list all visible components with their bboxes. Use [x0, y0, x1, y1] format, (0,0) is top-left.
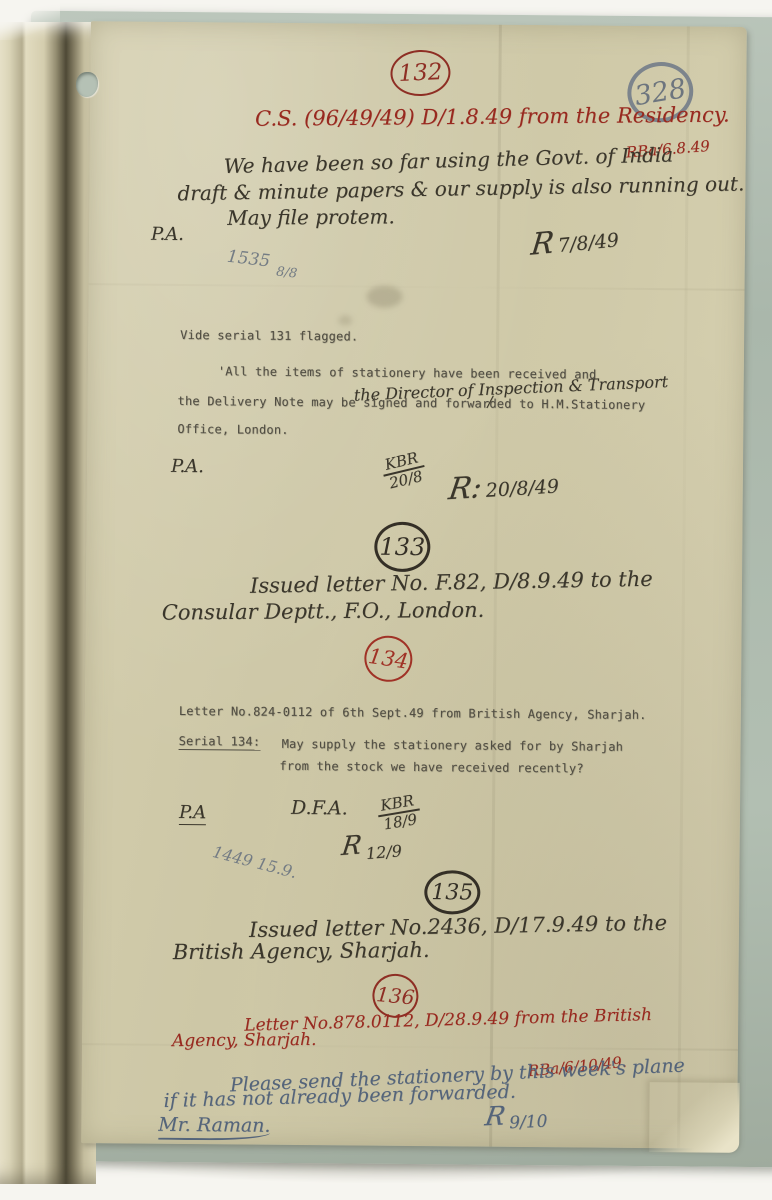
signature-date: 7/8/49 — [557, 229, 620, 257]
entry-134-dfa-label: D.F.A. — [291, 797, 348, 819]
serial-number-132: 132 — [398, 59, 443, 87]
typed-para-line3: Office, London. — [177, 422, 288, 437]
entry-135-line2: British Agency, Sharjah. — [173, 938, 430, 964]
entry-132-minute-line1: We have been so far using the Govt. of I… — [223, 142, 673, 178]
entry-132-pencil-note: 1535 8/8 — [226, 247, 297, 275]
pencil-number: 1535 — [226, 247, 271, 272]
entry-132-heading: C.S. (96/49/49) D/1.8.49 from the Reside… — [255, 103, 730, 131]
paper-crease — [89, 283, 745, 291]
pencil-date: 8/8 — [275, 264, 297, 281]
typed-para-line2: the Delivery Note may be signed and forw… — [178, 394, 646, 412]
entry-136-signature: R9/10 — [485, 1100, 548, 1133]
serial-number-133: 133 — [379, 533, 425, 561]
entry-134-serial-label: Serial 134: — [179, 734, 261, 751]
signature-initial: R — [483, 1101, 508, 1132]
entry-134-letter-line: Letter No.824-0112 of 6th Sept.49 from B… — [179, 704, 647, 722]
page-corner-curl — [649, 1082, 740, 1153]
typed-minute-addressee: P.A. — [171, 456, 204, 477]
entry-132-signature: R7/8/49 — [530, 219, 621, 262]
serial-number-stamp-132: 132 — [389, 49, 451, 98]
serial-number-stamp-135: 135 — [424, 870, 480, 914]
signature-date: 20/8/49 — [485, 475, 559, 501]
signature-date: 9/10 — [509, 1112, 548, 1134]
entry-134-pencil-note: 1449 15.9. — [211, 842, 300, 882]
archival-document-scan: 132 328 C.S. (96/49/49) D/1.8.49 from th… — [0, 0, 772, 1200]
entry-135-line1: Issued letter No.2436, D/17.9.49 to the — [249, 911, 667, 942]
initials-monogram: KBR 20/8 — [380, 450, 428, 493]
signature-initial: R — [529, 225, 556, 263]
entry-134-signature: R12/9 — [341, 827, 403, 862]
serial-number-134: 134 — [367, 644, 410, 674]
backdrop-corner — [0, 0, 60, 40]
serial-number-136: 136 — [375, 982, 415, 1010]
insertion-caret: / — [488, 393, 493, 411]
file-page: 132 328 C.S. (96/49/49) D/1.8.49 from th… — [81, 21, 747, 1149]
entry-136-minute-line2: if it has not already been forwarded. — [163, 1081, 516, 1112]
entry-136-addressee: Mr. Raman. — [158, 1114, 270, 1141]
entry-134-addressee: P.A — [179, 802, 206, 825]
entry-132-minute-line3: May file protem. — [227, 204, 395, 229]
serial-number-stamp-133: 133 — [374, 522, 430, 572]
entry-132-addressee: P.A. — [151, 224, 184, 245]
ink-smudge — [338, 315, 352, 325]
typed-vide-line: Vide serial 131 flagged. — [180, 328, 358, 344]
serial-number-135: 135 — [431, 880, 473, 905]
entry-136-letter-line2: Agency, Sharjah. — [172, 1030, 317, 1051]
entry-133-line2: Consular Deptt., F.O., London. — [162, 598, 485, 625]
ink-smudge — [366, 286, 402, 308]
entry-133-line1: Issued letter No. F.82, D/8.9.49 to the — [250, 567, 653, 598]
serial-number-stamp-134: 134 — [361, 632, 415, 685]
entry-134-question-line1: May supply the stationery asked for by S… — [282, 737, 624, 754]
signature-initial: R: — [446, 470, 484, 507]
signature-initial: R — [340, 830, 364, 862]
typed-minute-signature: R:20/8/49 — [448, 465, 560, 507]
signature-date: 12/9 — [365, 841, 402, 863]
entry-134-question-line2: from the stock we have received recently… — [279, 759, 584, 776]
